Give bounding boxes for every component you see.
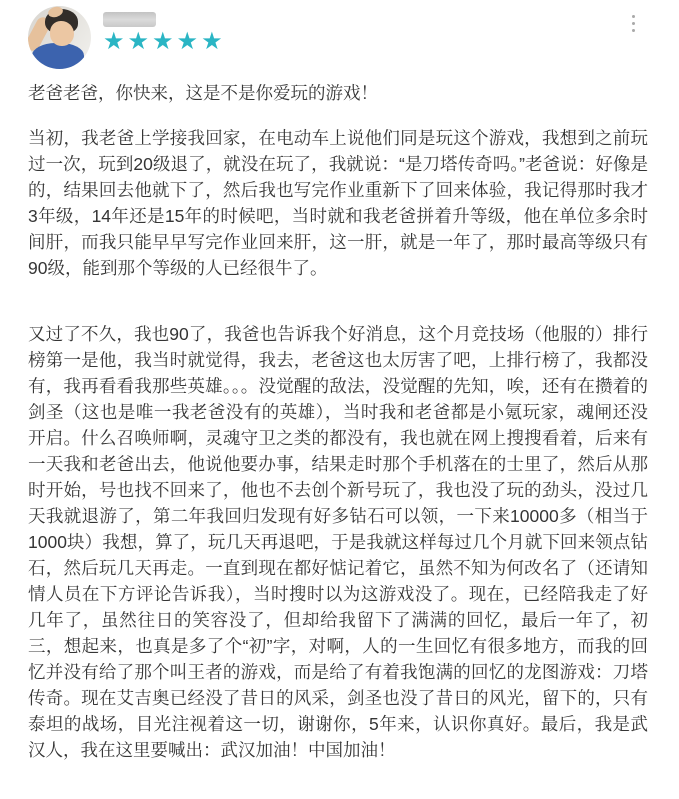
kebab-dot-icon — [632, 29, 635, 32]
rating-stars: ★★★★★ — [103, 30, 226, 54]
reviewer-meta: ★★★★★ — [103, 12, 226, 54]
star-icon: ★ — [103, 28, 128, 55]
review-body: 老爸老爸，你快来，这是不是你爱玩的游戏！ 当初，我老爸上学接我回家，在电动车上说… — [0, 72, 679, 763]
review-paragraph: 当初，我老爸上学接我回家，在电动车上说他们同是玩这个游戏，我想到之前玩过一次，玩… — [28, 125, 648, 281]
star-icon: ★ — [177, 28, 202, 55]
review-opening-line: 老爸老爸，你快来，这是不是你爱玩的游戏！ — [28, 80, 648, 106]
review-paragraph: 又过了不久，我也90了，我爸也告诉我个好消息，这个月竞技场（他服的）排行榜第一是… — [28, 321, 648, 763]
star-icon: ★ — [152, 28, 177, 55]
username-blurred — [103, 12, 156, 27]
avatar-photo-face — [50, 21, 74, 46]
star-icon: ★ — [201, 28, 226, 55]
avatar-photo-shirt — [32, 43, 84, 69]
kebab-dot-icon — [632, 15, 635, 18]
star-icon: ★ — [128, 28, 153, 55]
review-card: ★★★★★ 老爸老爸，你快来，这是不是你爱玩的游戏！ 当初，我老爸上学接我回家，… — [0, 0, 679, 799]
kebab-dot-icon — [632, 22, 635, 25]
more-options-button[interactable] — [626, 10, 641, 37]
review-header: ★★★★★ — [0, 0, 679, 72]
avatar[interactable] — [28, 6, 91, 69]
